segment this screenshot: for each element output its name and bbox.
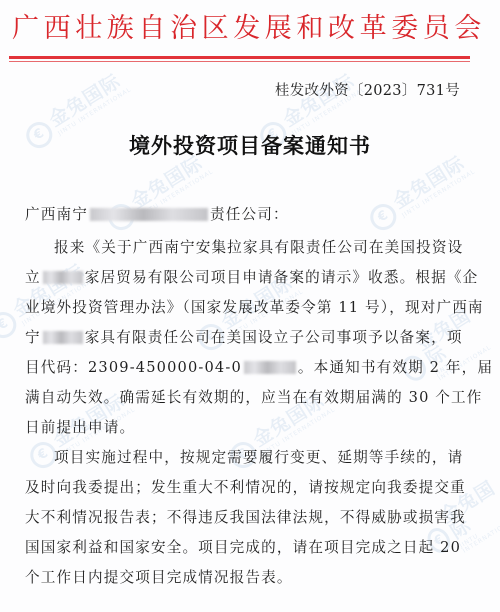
redacted-subsidiary-name [43,271,83,284]
redacted-company-name [90,208,208,221]
paragraph-line: 日前提出申请。 [25,413,465,443]
redacted-company-name [43,331,83,344]
jintu-logo-icon: € [0,307,21,343]
document-title: 境外投资项目备案通知书 [0,130,500,160]
paragraph-filing-approval: 报来《关于广西南宁安集拉家具有限责任公司在美国投资设 立家居贸易有限公司项目申请… [25,233,465,443]
paragraph-line: 宁家具有限责任公司在美国设立子公司事项予以备案，项 [25,323,465,353]
paragraph-line: 个工作日内提交项目完成情况报告表。 [25,563,465,593]
issuer-header: 广西壮族自治区发展和改革委员会 [12,6,488,45]
red-divider-thick [9,56,470,59]
salutation: 广西南宁责任公司： [25,200,465,230]
paragraph-line: 国国家利益和国家安全。项目完成的，请在项目完成之日起 20 [25,533,465,563]
redacted-project-code [244,361,296,374]
paragraph-line: 业境外投资管理办法》（国家发展改革委令第 11 号），现对广西南 [25,293,465,323]
paragraph-obligations: 项目实施过程中，按规定需要履行变更、延期等手续的，请 及时向我委提出；发生重大不… [25,443,465,593]
paragraph-line: 项目实施过程中，按规定需要履行变更、延期等手续的，请 [25,443,465,473]
salutation-prefix: 广西南宁 [25,206,88,223]
paragraph-line: 报来《关于广西南宁安集拉家具有限责任公司在美国投资设 [25,233,465,263]
paragraph-line: 目代码：2309-450000-04-0。本通知书有效期 2 年，届 [25,353,465,383]
document-number: 桂发改外资〔2023〕731号 [275,79,460,100]
paragraph-line: 大不利情况报告表；不得违反我国法律法规，不得威胁或损害我 [25,503,465,533]
salutation-suffix: 责任公司： [210,206,289,223]
notice-document: € 金兔国际JINTU INTERNATIONAL € 金兔国际JINTU IN… [0,0,500,612]
paragraph-line: 满自动失效。确需延长有效期的，应当在有效期届满的 30 个工作 [25,383,465,413]
red-divider-thin [9,61,470,62]
paragraph-line: 立家居贸易有限公司项目申请备案的请示》收悉。根据《企 [25,263,465,293]
paragraph-line: 及时向我委提出；发生重大不利情况的，请按规定向我委提交重 [25,473,465,503]
